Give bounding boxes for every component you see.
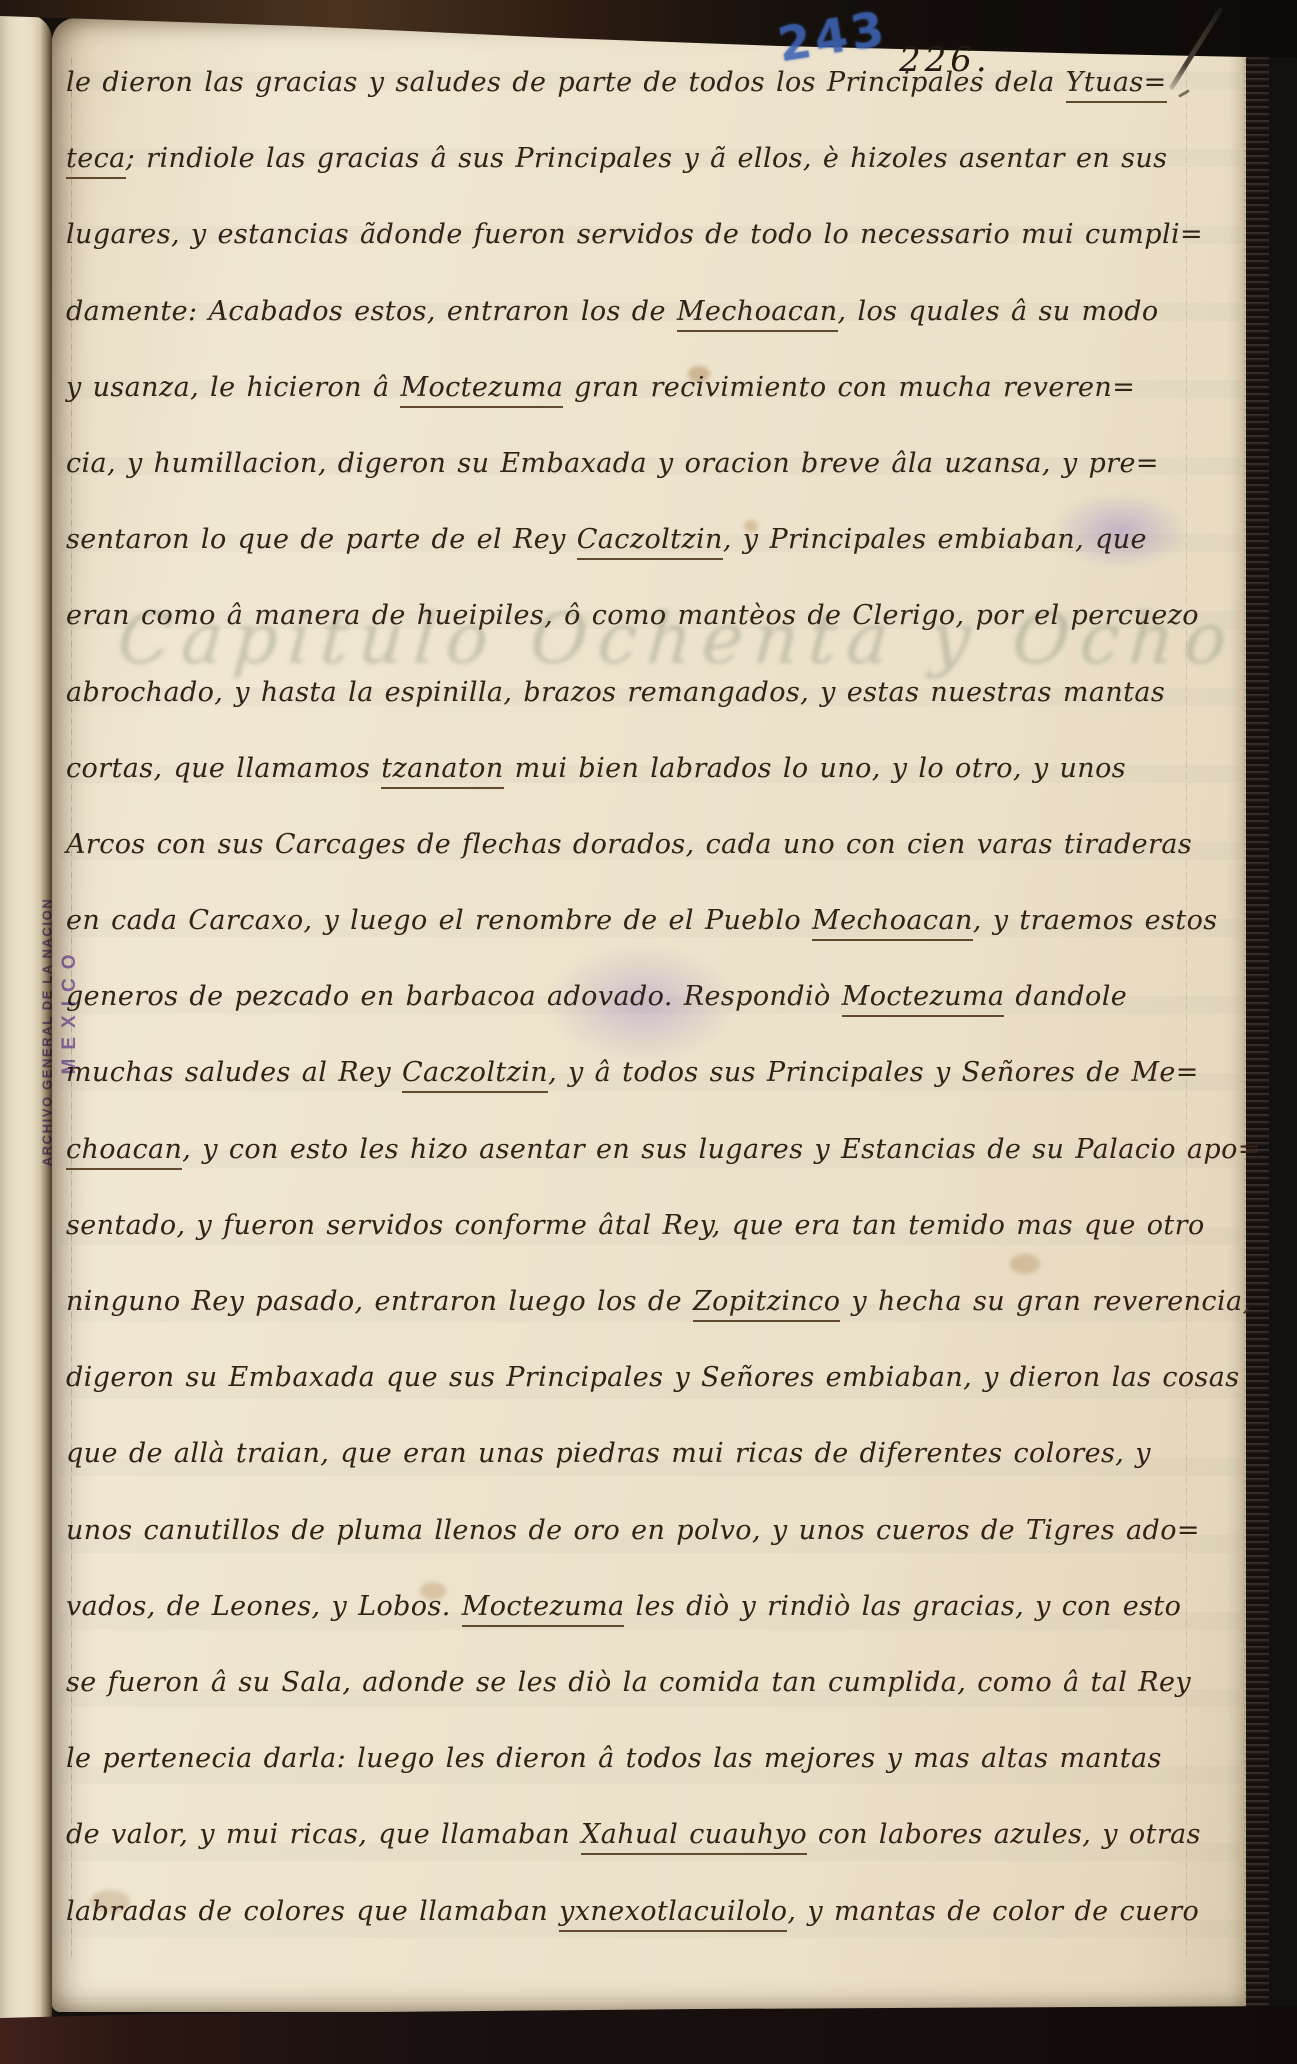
underlined-proper-noun: Caczoltzin <box>402 1057 548 1093</box>
manuscript-text: cortas, que llamamos <box>66 753 381 784</box>
manuscript-text: y usanza, le hicieron â <box>66 372 400 403</box>
manuscript-text: unos canutillos de pluma llenos de oro e… <box>66 1515 1200 1546</box>
manuscript-line: lugares, y estancias ãdonde fueron servi… <box>66 198 1206 274</box>
manuscript-text: que de allà traian, que eran unas piedra… <box>66 1438 1151 1469</box>
manuscript-line: que de allà traian, que eran unas piedra… <box>66 1417 1206 1493</box>
manuscript-line: sentado, y fueron servidos conforme âtal… <box>66 1189 1206 1265</box>
manuscript-text: eran como â manera de hueipiles, ô como … <box>66 600 1199 631</box>
manuscript-line: se fueron â su Sala, adonde se les diò l… <box>66 1646 1206 1722</box>
underlined-proper-noun: Moctezuma <box>842 981 1005 1017</box>
archive-stamp-city: MEXICO <box>70 1010 199 1032</box>
manuscript-text: en cada Carcaxo, y luego el renombre de … <box>66 905 812 936</box>
manuscript-line: Arcos con sus Carcages de flechas dorado… <box>66 808 1206 884</box>
manuscript-text: ninguno Rey pasado, entraron luego los d… <box>66 1286 693 1317</box>
underlined-proper-noun: Caczoltzin <box>577 524 723 560</box>
manuscript-text: Arcos con sus Carcages de flechas dorado… <box>66 829 1192 860</box>
manuscript-text: gran recivimiento con mucha reveren= <box>563 372 1135 403</box>
manuscript-line: sentaron lo que de parte de el Rey Caczo… <box>66 503 1206 579</box>
manuscript-text: generos de pezcado en barbacoa adovado. … <box>66 981 842 1012</box>
book-binding-bottom <box>0 2006 1297 2064</box>
underlined-proper-noun: Mechoacan <box>812 905 973 941</box>
manuscript-line: en cada Carcaxo, y luego el renombre de … <box>66 884 1206 960</box>
manuscript-line: y usanza, le hicieron â Moctezuma gran r… <box>66 351 1206 427</box>
manuscript-line: choacan, y con esto les hizo asentar en … <box>66 1113 1206 1189</box>
manuscript-text: con labores azules, y otras <box>807 1819 1201 1850</box>
manuscript-text: les diò y rindiò las gracias, y con esto <box>624 1591 1181 1622</box>
archive-stamp: ARCHIVO GENERAL DE LA NACION <box>47 1032 316 1047</box>
manuscript-line: digeron su Embaxada que sus Principales … <box>66 1341 1206 1417</box>
manuscript-text: mui bien labrados lo uno, y lo otro, y u… <box>504 753 1126 784</box>
manuscript-line: eran como â manera de hueipiles, ô como … <box>66 579 1206 655</box>
underlined-proper-noun: Zopitzinco <box>693 1286 840 1322</box>
manuscript-line: muchas saludes al Rey Caczoltzin, y â to… <box>66 1036 1206 1112</box>
underlined-proper-noun: Mechoacan <box>677 296 838 332</box>
underlined-proper-noun: Moctezuma <box>400 372 563 408</box>
underlined-proper-noun: Moctezuma <box>462 1591 625 1627</box>
manuscript-line: teca; rindiole las gracias â sus Princip… <box>66 122 1206 198</box>
manuscript-line: le pertenecia darla: luego les dieron â … <box>66 1722 1206 1798</box>
manuscript-text: de valor, y mui ricas, que llamaban <box>66 1819 581 1850</box>
archive-stamp-city-text: MEXICO <box>59 946 81 1075</box>
underlined-proper-noun: yxnexotlacuilolo <box>559 1896 787 1932</box>
underlined-proper-noun: teca <box>66 143 126 179</box>
manuscript-text: sentaron lo que de parte de el Rey <box>66 524 577 555</box>
manuscript-text: muchas saludes al Rey <box>66 1057 402 1088</box>
manuscript-line: unos canutillos de pluma llenos de oro e… <box>66 1494 1206 1570</box>
manuscript-lines: le dieron las gracias y saludes de parte… <box>66 46 1206 1951</box>
manuscript-text: se fueron â su Sala, adonde se les diò l… <box>66 1667 1191 1698</box>
manuscript-text: le pertenecia darla: luego les dieron â … <box>66 1743 1162 1774</box>
manuscript-text: abrochado, y hasta la espinilla, brazos … <box>66 677 1165 708</box>
manuscript-line: damente: Acabados estos, entraron los de… <box>66 275 1206 351</box>
underlined-proper-noun: Xahual cuauhyo <box>581 1819 807 1855</box>
archive-stamp-text: ARCHIVO GENERAL DE LA NACION <box>40 898 55 1167</box>
manuscript-text: lugares, y estancias ãdonde fueron servi… <box>66 219 1203 250</box>
manuscript-text: , y traemos estos <box>973 905 1218 936</box>
manuscript-line: abrochado, y hasta la espinilla, brazos … <box>66 656 1206 732</box>
manuscript-line: cortas, que llamamos tzanaton mui bien l… <box>66 732 1206 808</box>
underlined-proper-noun: tzanaton <box>381 753 503 789</box>
manuscript-line: ninguno Rey pasado, entraron luego los d… <box>66 1265 1206 1341</box>
manuscript-text: , y Principales embiaban, que <box>723 524 1147 555</box>
manuscript-line: labradas de colores que llamaban yxnexot… <box>66 1875 1206 1951</box>
page-block-edge <box>1244 50 1297 2012</box>
manuscript-line: le dieron las gracias y saludes de parte… <box>66 46 1206 122</box>
manuscript-text: , los quales â su modo <box>838 296 1159 327</box>
manuscript-text: y hecha su gran reverencia, <box>840 1286 1251 1317</box>
manuscript-text: vados, de Leones, y Lobos. <box>66 1591 462 1622</box>
manuscript-line: vados, de Leones, y Lobos. Moctezuma les… <box>66 1570 1206 1646</box>
manuscript-text: , y mantas de color de cuero <box>787 1896 1199 1927</box>
manuscript-text: sentado, y fueron servidos conforme âtal… <box>66 1210 1205 1241</box>
manuscript-text: cia, y humillacion, digeron su Embaxada … <box>66 448 1159 479</box>
manuscript-text: ; rindiole las gracias â sus Principales… <box>126 143 1168 174</box>
folio-number-ink: 226. <box>899 40 991 80</box>
manuscript-line: de valor, y mui ricas, que llamaban Xahu… <box>66 1798 1206 1874</box>
manuscript-text: damente: Acabados estos, entraron los de <box>66 296 677 327</box>
manuscript-line: generos de pezcado en barbacoa adovado. … <box>66 960 1206 1036</box>
manuscript-line: cia, y humillacion, digeron su Embaxada … <box>66 427 1206 503</box>
underlined-proper-noun: choacan <box>66 1134 182 1170</box>
manuscript-text: , y â todos sus Principales y Señores de… <box>548 1057 1199 1088</box>
manuscript-text: labradas de colores que llamaban <box>66 1896 559 1927</box>
manuscript-text: dandole <box>1004 981 1127 1012</box>
underlined-proper-noun: Ytuas= <box>1066 67 1167 103</box>
manuscript-text: digeron su Embaxada que sus Principales … <box>66 1362 1240 1393</box>
manuscript-text: , y con esto les hizo asentar en sus lug… <box>182 1134 1260 1165</box>
